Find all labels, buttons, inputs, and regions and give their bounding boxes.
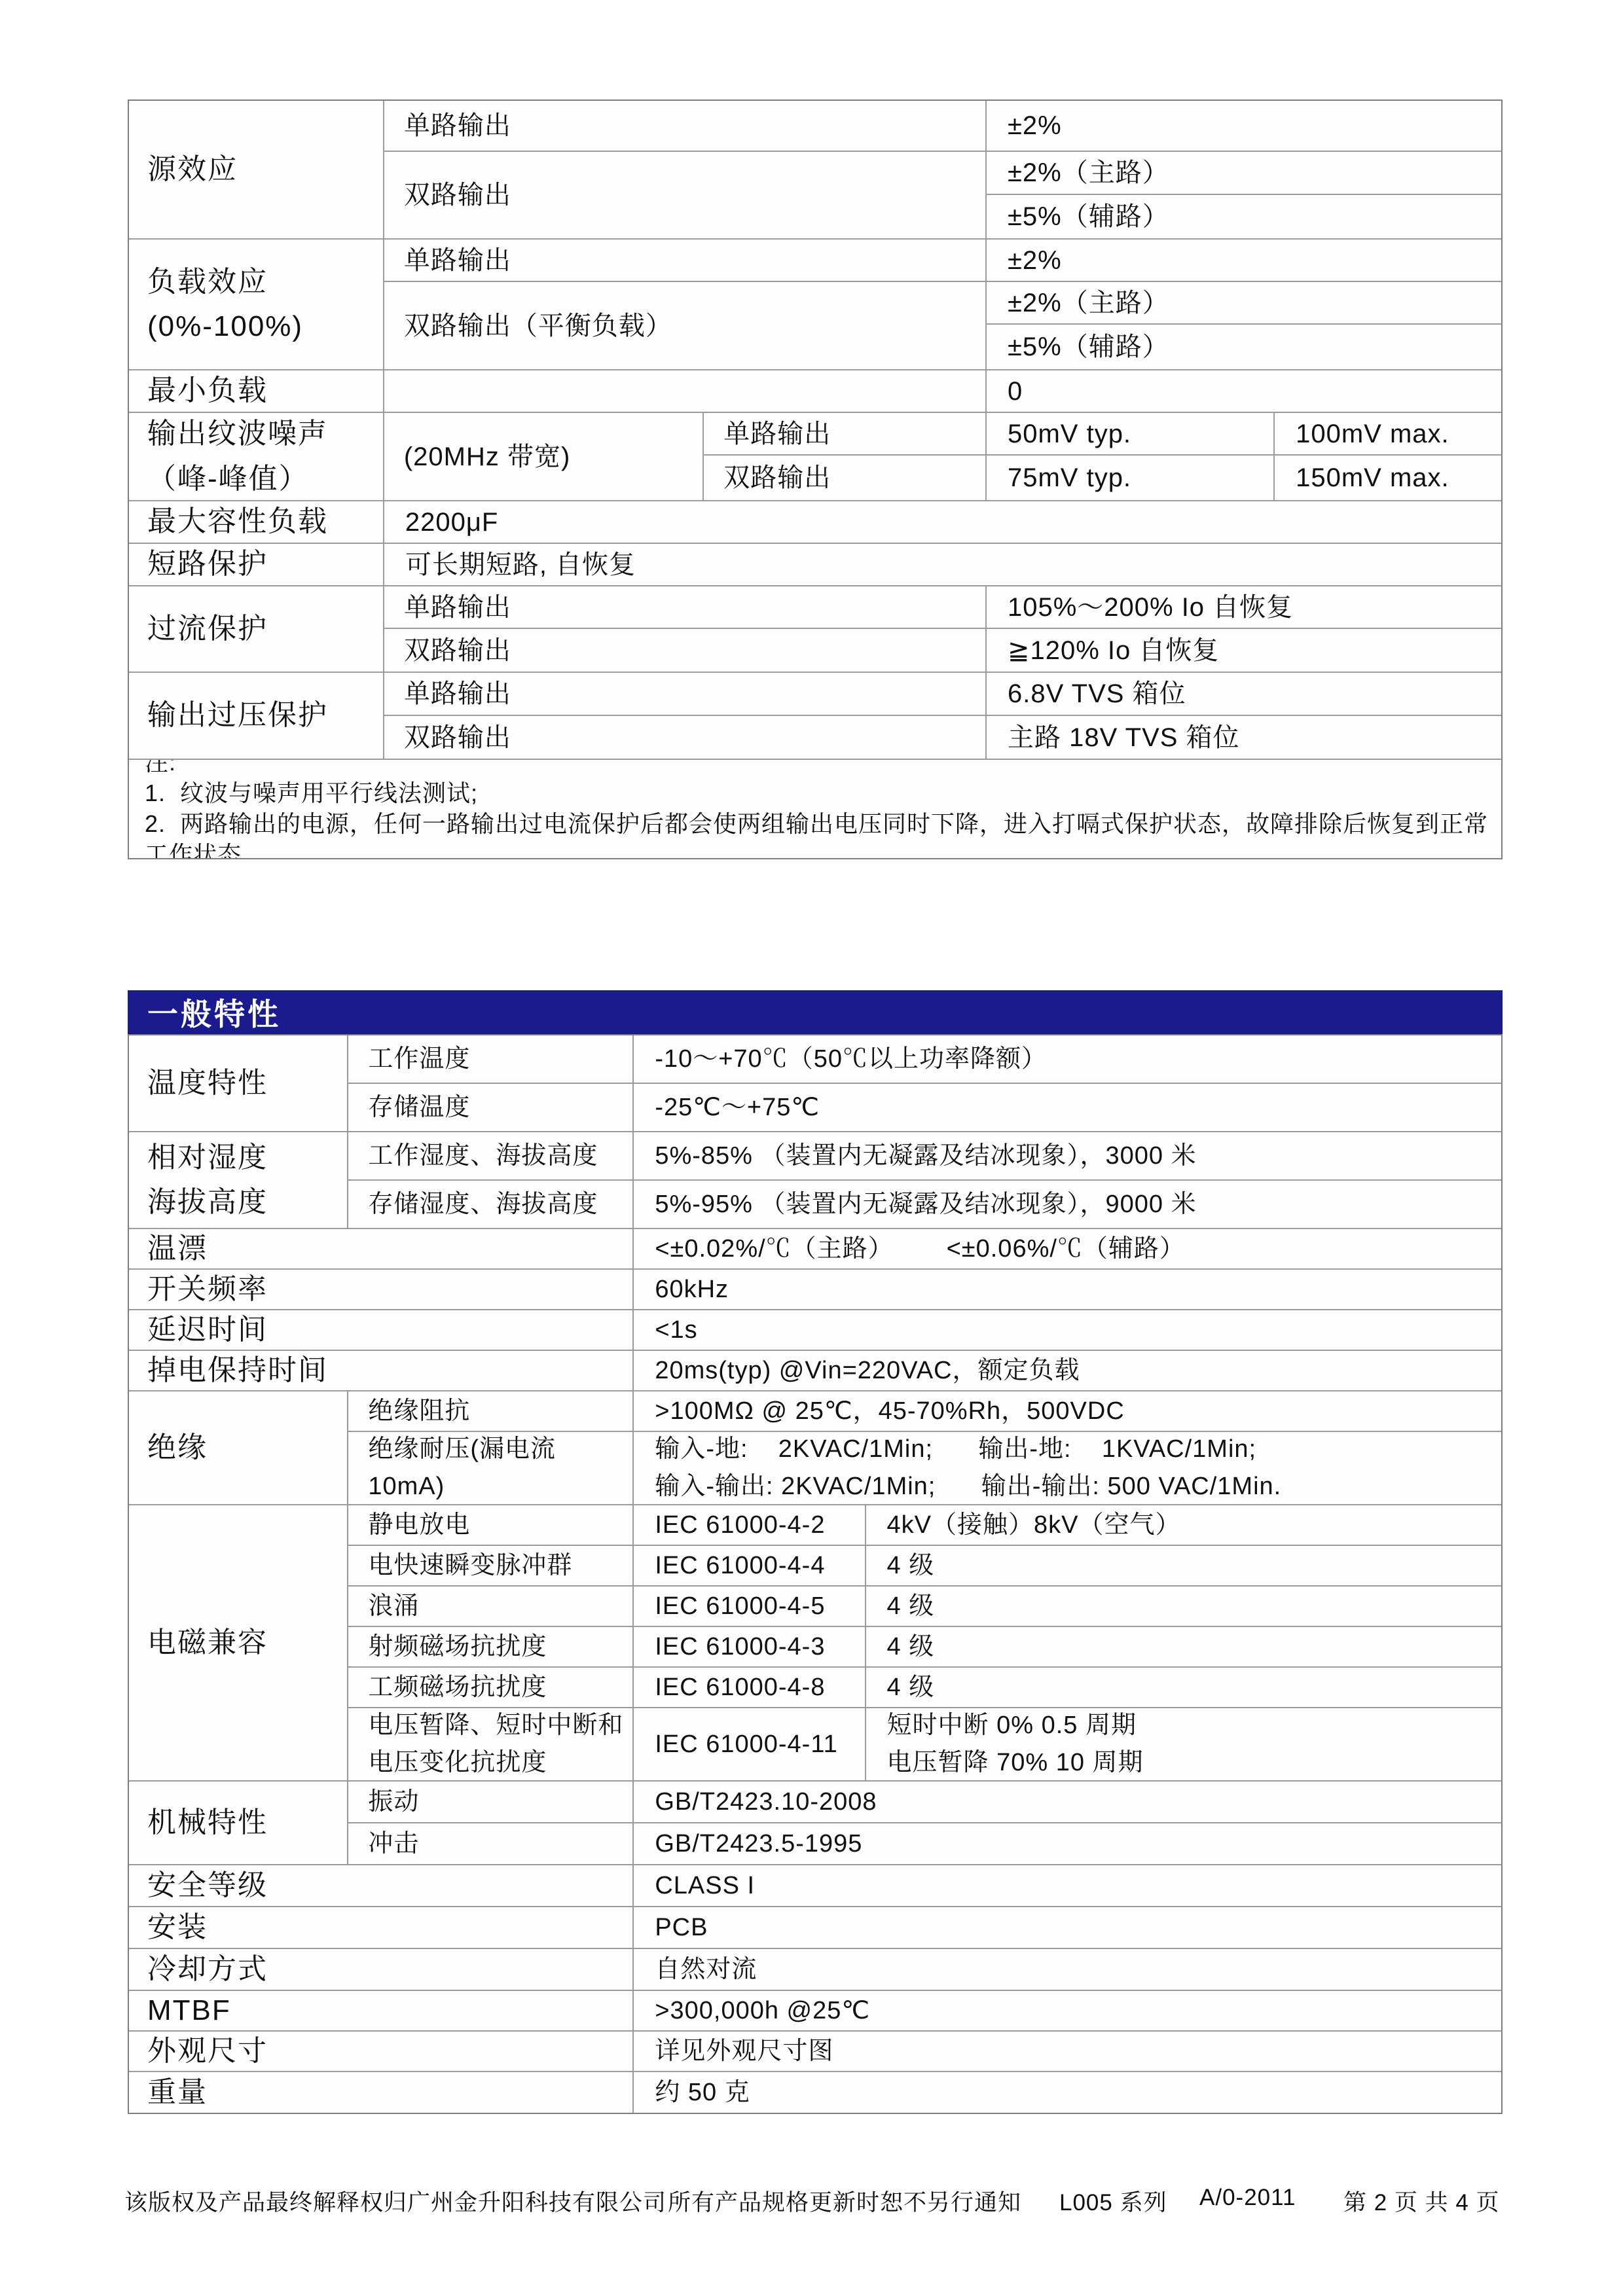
over-current-dual-label: 双路输出	[384, 629, 987, 673]
general-characteristics-table: 温度特性 工作温度 -10～+70℃（50℃以上功率降额） 存储温度 -25℃～…	[128, 1034, 1503, 2114]
emc-eft-standard: IEC 61000-4-4	[634, 1546, 866, 1587]
emc-rf-field-value: 4 级	[866, 1627, 1501, 1668]
emc-voltage-dips-label: 电压暂降、短时中断和电压变化抗扰度	[348, 1708, 634, 1782]
general-characteristics-header: 一般特性	[128, 990, 1503, 1034]
source-effect-single-value: ±2%	[987, 101, 1501, 152]
footer-page-number: 第 2 页 共 4 页	[1343, 2185, 1500, 2217]
safety-class-value: CLASS I	[634, 1865, 1501, 1907]
row-label-safety-class: 安全等级	[129, 1865, 634, 1907]
emc-esd-value: 4kV（接触）8kV（空气）	[866, 1505, 1501, 1546]
temperature-storage-value: -25℃～+75℃	[634, 1084, 1501, 1132]
short-circuit-value: 可长期短路, 自恢复	[384, 544, 1501, 586]
emc-esd-label: 静电放电	[348, 1505, 634, 1546]
humidity-storage-label: 存储湿度、海拔高度	[348, 1181, 634, 1229]
temperature-work-label: 工作温度	[348, 1035, 634, 1084]
load-effect-dual-main-value: ±2%（主路）	[987, 282, 1501, 325]
humidity-work-label: 工作湿度、海拔高度	[348, 1132, 634, 1181]
row-label-emc: 电磁兼容	[129, 1505, 348, 1782]
over-voltage-dual-value: 主路 18V TVS 箱位	[987, 716, 1501, 760]
weight-value: 约 50 克	[634, 2072, 1501, 2113]
mechanical-shock-label: 冲击	[348, 1823, 634, 1865]
ripple-single-label: 单路输出	[704, 413, 987, 456]
emc-esd-standard: IEC 61000-4-2	[634, 1505, 866, 1546]
emc-voltage-dips-standard: IEC 61000-4-11	[634, 1708, 866, 1782]
note-1: 1. 纹波与噪声用平行线法测试;	[145, 778, 478, 809]
emc-rf-field-standard: IEC 61000-4-3	[634, 1627, 866, 1668]
temperature-work-value: -10～+70℃（50℃以上功率降额）	[634, 1035, 1501, 1084]
emc-eft-value: 4 级	[866, 1546, 1501, 1587]
emc-surge-standard: IEC 61000-4-5	[634, 1587, 866, 1627]
row-label-weight: 重量	[129, 2072, 634, 2113]
row-label-insulation: 绝缘	[129, 1391, 348, 1505]
over-current-single-label: 单路输出	[384, 586, 987, 629]
source-effect-dual-aux-value: ±5%（辅路）	[987, 195, 1501, 240]
emc-surge-label: 浪涌	[348, 1587, 634, 1627]
spec-table: 源效应 单路输出 ±2% 双路输出 ±2%（主路） ±5%（辅路） 负载效应 (…	[128, 99, 1503, 859]
over-current-single-value: 105%～200% Io 自恢复	[987, 586, 1501, 629]
row-label-humidity-altitude: 相对湿度 海拔高度	[129, 1132, 348, 1229]
source-effect-dual-label: 双路输出	[384, 152, 987, 240]
temperature-storage-label: 存储温度	[348, 1084, 634, 1132]
insulation-withstand-label: 绝缘耐压(漏电流 10mA)	[348, 1432, 634, 1505]
switching-frequency-value: 60kHz	[634, 1270, 1501, 1310]
dimensions-value: 详见外观尺寸图	[634, 2032, 1501, 2072]
footer-series: L005 系列	[1059, 2185, 1167, 2217]
row-label-over-current: 过流保护	[129, 586, 384, 673]
row-label-ripple-noise: 输出纹波噪声 （峰-峰值）	[129, 413, 384, 501]
load-effect-dual-aux-value: ±5%（辅路）	[987, 325, 1501, 370]
ripple-single-max: 100mV max.	[1275, 413, 1501, 456]
max-capacitive-load-value: 2200μF	[384, 501, 1501, 544]
note-2: 2. 两路输出的电源，任何一路输出过电流保护后都会使两组输出电压同时下降，进入打…	[145, 809, 1501, 858]
ripple-single-typ: 50mV typ.	[987, 413, 1275, 456]
insulation-withstand-value: 输入-地: 2KVAC/1Min; 输出-地: 1KVAC/1Min; 输入-输…	[634, 1432, 1501, 1505]
over-voltage-dual-label: 双路输出	[384, 716, 987, 760]
ripple-dual-label: 双路输出	[704, 456, 987, 501]
row-label-switching-frequency: 开关频率	[129, 1270, 634, 1310]
notes-title: 注:	[145, 760, 176, 778]
source-effect-single-label: 单路输出	[384, 101, 987, 152]
ripple-bandwidth: (20MHz 带宽)	[384, 413, 704, 501]
ripple-dual-typ: 75mV typ.	[987, 456, 1275, 501]
row-label-mechanical: 机械特性	[129, 1782, 348, 1865]
delay-time-value: <1s	[634, 1310, 1501, 1351]
emc-surge-value: 4 级	[866, 1587, 1501, 1627]
row-label-temperature: 温度特性	[129, 1035, 348, 1132]
row-label-short-circuit: 短路保护	[129, 544, 384, 586]
load-effect-single-value: ±2%	[987, 240, 1501, 282]
temp-drift-value: <±0.02%/℃（主路） <±0.06%/℃（辅路）	[634, 1229, 1501, 1270]
row-label-source-effect: 源效应	[129, 101, 384, 240]
mechanical-shock-value: GB/T2423.5-1995	[634, 1823, 1501, 1865]
source-effect-dual-main-value: ±2%（主路）	[987, 152, 1501, 195]
emc-power-freq-field-label: 工频磁场抗扰度	[348, 1668, 634, 1708]
load-effect-single-label: 单路输出	[384, 240, 987, 282]
ripple-dual-max: 150mV max.	[1275, 456, 1501, 501]
row-label-load-effect: 负载效应 (0%-100%)	[129, 240, 384, 370]
row-label-min-load: 最小负载	[129, 370, 384, 413]
mechanical-vibration-value: GB/T2423.10-2008	[634, 1782, 1501, 1823]
notes-block: 注: 1. 纹波与噪声用平行线法测试; 2. 两路输出的电源，任何一路输出过电流…	[129, 760, 1501, 858]
min-load-value: 0	[987, 370, 1501, 413]
emc-power-freq-field-value: 4 级	[866, 1668, 1501, 1708]
mtbf-value: >300,000h @25℃	[634, 1991, 1501, 2032]
emc-eft-label: 电快速瞬变脉冲群	[348, 1546, 634, 1587]
footer-notice: 所有产品规格更新时恕不另行通知	[668, 2185, 1021, 2217]
holdup-time-value: 20ms(typ) @Vin=220VAC，额定负载	[634, 1351, 1501, 1391]
row-label-holdup-time: 掉电保持时间	[129, 1351, 634, 1391]
row-label-dimensions: 外观尺寸	[129, 2032, 634, 2072]
row-label-max-capacitive-load: 最大容性负载	[129, 501, 384, 544]
row-label-over-voltage: 输出过压保护	[129, 673, 384, 760]
load-effect-dual-label: 双路输出（平衡负载）	[384, 282, 987, 370]
page-footer: 该版权及产品最终解释权归广州金升阳科技有限公司 所有产品规格更新时恕不另行通知 …	[0, 2185, 1623, 2217]
row-label-mtbf: MTBF	[129, 1991, 634, 2032]
footer-revision: A/0-2011	[1199, 2185, 1296, 2211]
humidity-work-value: 5%-85% （装置内无凝露及结冰现象），3000 米	[634, 1132, 1501, 1181]
insulation-resistance-label: 绝缘阻抗	[348, 1391, 634, 1432]
mounting-value: PCB	[634, 1907, 1501, 1949]
emc-power-freq-field-standard: IEC 61000-4-8	[634, 1668, 866, 1708]
row-label-cooling: 冷却方式	[129, 1949, 634, 1991]
footer-copyright: 该版权及产品最终解释权归广州金升阳科技有限公司	[124, 2185, 666, 2217]
humidity-storage-value: 5%-95% （装置内无凝露及结冰现象），9000 米	[634, 1181, 1501, 1229]
row-label-delay-time: 延迟时间	[129, 1310, 634, 1351]
min-load-empty-cell	[384, 370, 987, 413]
mechanical-vibration-label: 振动	[348, 1782, 634, 1823]
datasheet-page: 源效应 单路输出 ±2% 双路输出 ±2%（主路） ±5%（辅路） 负载效应 (…	[0, 0, 1623, 2296]
insulation-resistance-value: >100MΩ @ 25℃，45-70%Rh，500VDC	[634, 1391, 1501, 1432]
over-voltage-single-value: 6.8V TVS 箱位	[987, 673, 1501, 716]
emc-voltage-dips-value: 短时中断 0% 0.5 周期 电压暂降 70% 10 周期	[866, 1708, 1501, 1782]
emc-rf-field-label: 射频磁场抗扰度	[348, 1627, 634, 1668]
row-label-mounting: 安装	[129, 1907, 634, 1949]
row-label-temp-drift: 温漂	[129, 1229, 634, 1270]
over-current-dual-value: ≧120% Io 自恢复	[987, 629, 1501, 673]
over-voltage-single-label: 单路输出	[384, 673, 987, 716]
cooling-value: 自然对流	[634, 1949, 1501, 1991]
